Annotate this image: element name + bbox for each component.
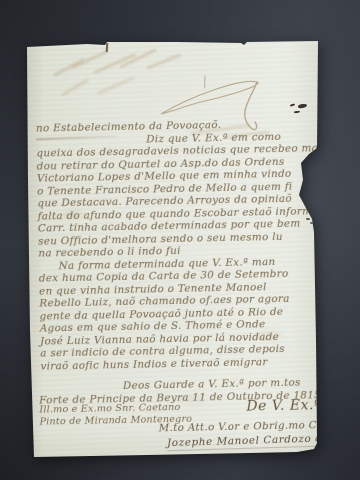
paper-surface: no Estabelecimento da Povoaçaõ.Diz que V…: [27, 40, 319, 458]
closing-honorific: De V. Ex.ª: [246, 397, 321, 414]
manuscript-sheet: no Estabelecimento da Povoaçaõ.Diz que V…: [27, 40, 319, 458]
letter-body: no Estabelecimento da Povoaçaõ.Diz que V…: [36, 118, 285, 407]
handwriting-layer: no Estabelecimento da Povoaçaõ.Diz que V…: [25, 35, 325, 459]
